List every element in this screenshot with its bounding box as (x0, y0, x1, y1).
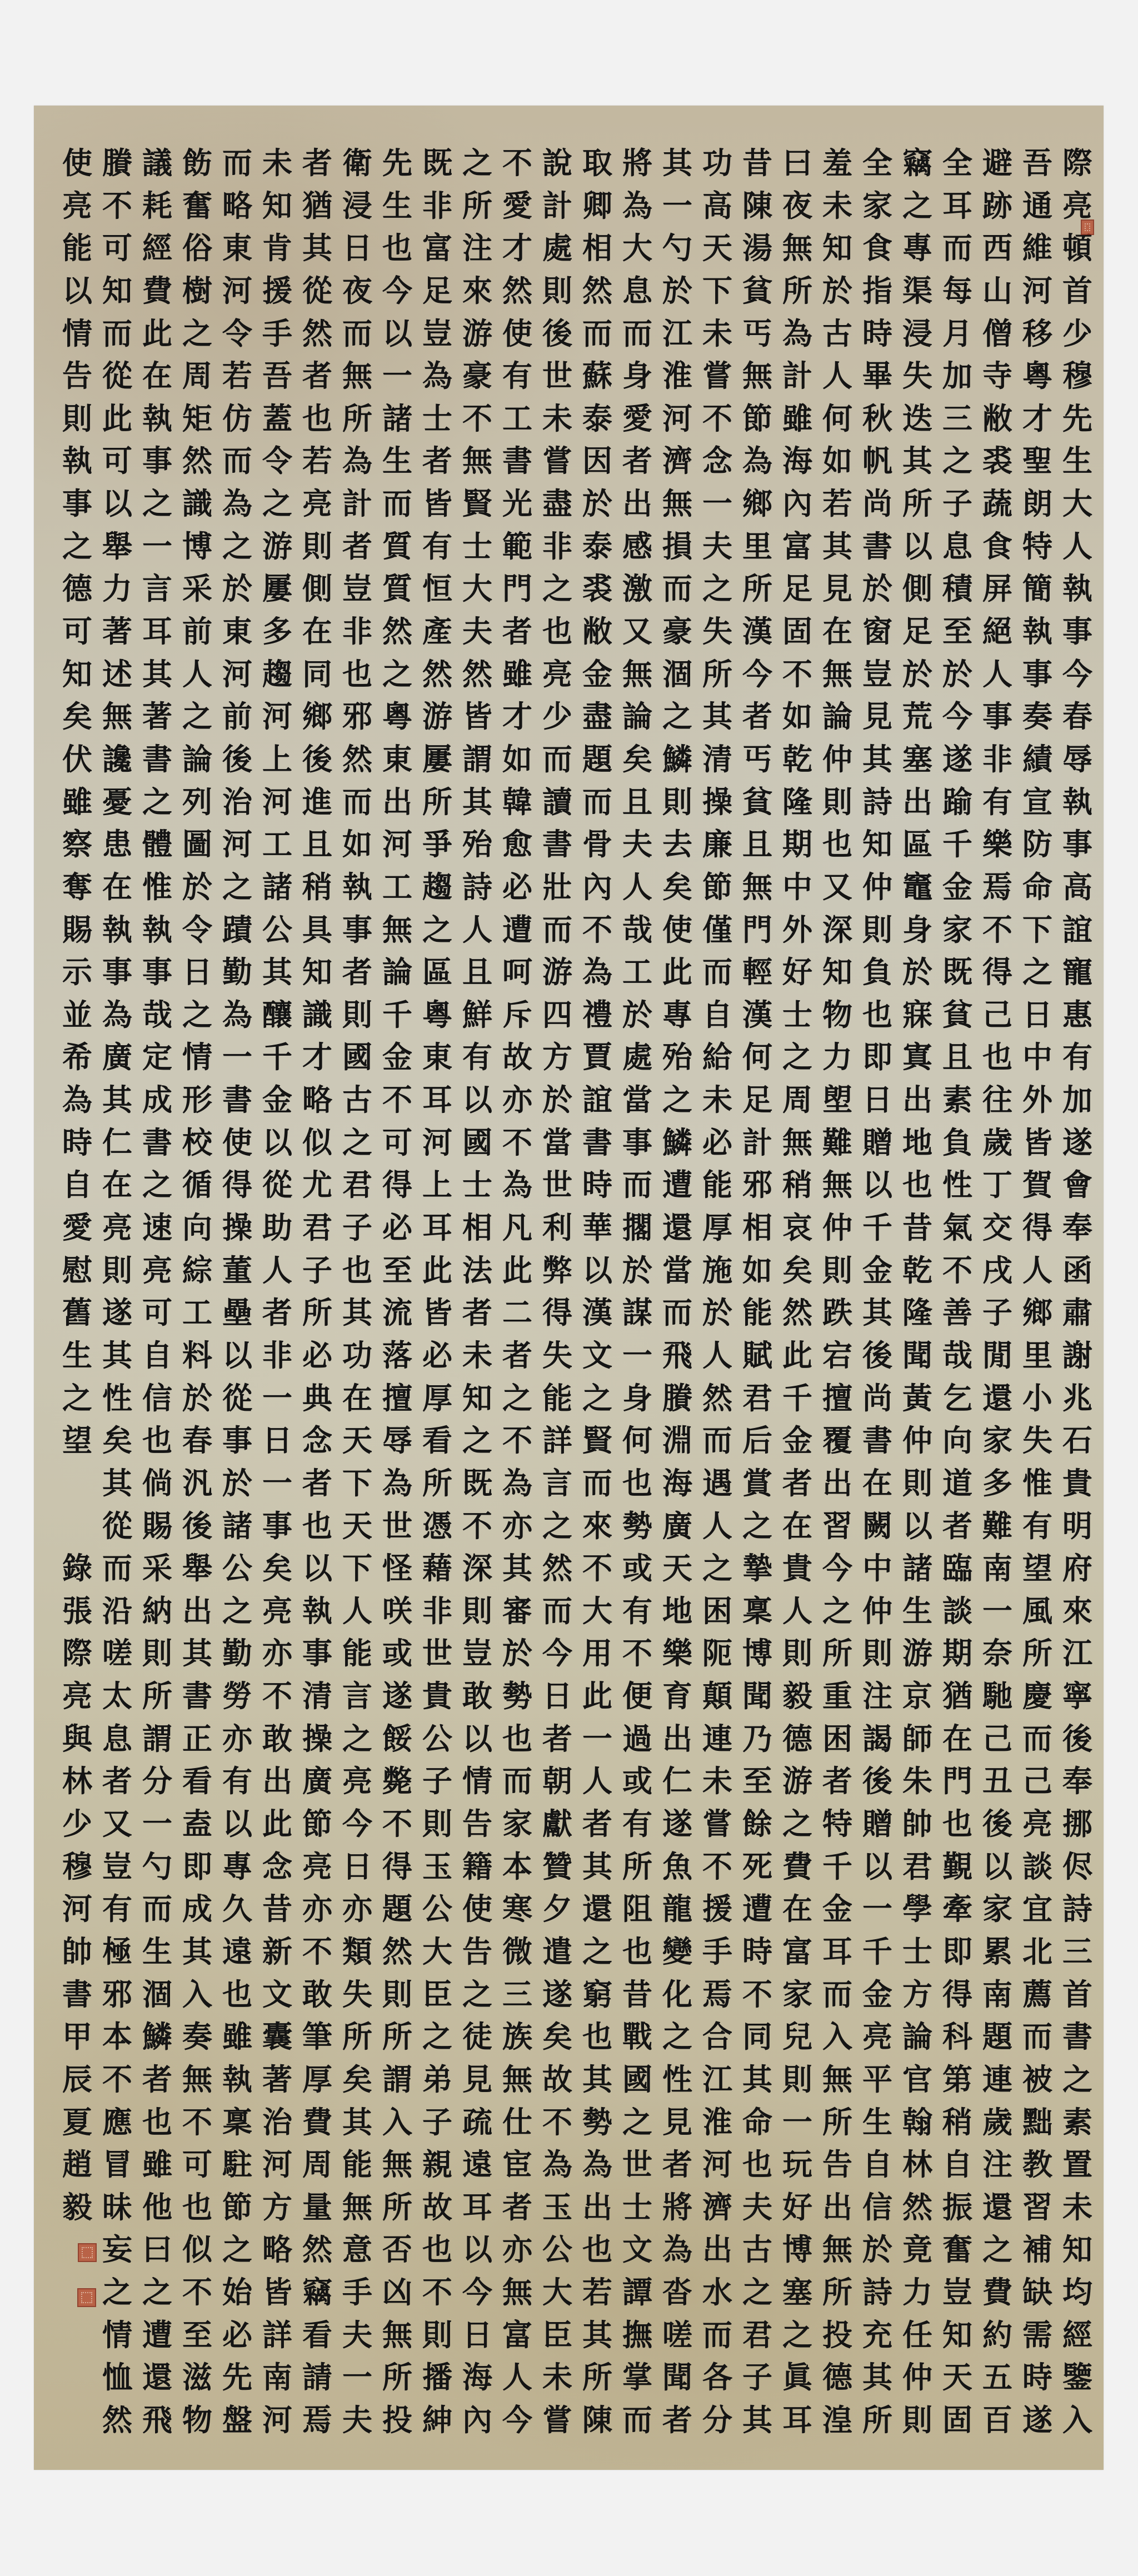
glyph: 亮 (257, 1591, 297, 1630)
glyph: 也 (937, 1804, 977, 1843)
glyph: 邪 (97, 1975, 137, 2014)
glyph: 事 (1057, 612, 1097, 651)
glyph: 化 (657, 1975, 697, 2014)
glyph: 力 (817, 1037, 857, 1076)
glyph: 詩 (457, 867, 497, 906)
glyph: 今 (1057, 655, 1097, 693)
glyph: 之 (697, 569, 737, 608)
glyph: 將 (657, 2188, 697, 2226)
glyph: 蔬 (977, 484, 1017, 523)
glyph: 既 (417, 143, 457, 182)
glyph: 諸 (897, 1549, 937, 1587)
glyph: 敢 (297, 1975, 337, 2014)
glyph: 性 (97, 1379, 137, 1417)
glyph: 習 (1017, 2188, 1057, 2226)
glyph: 第 (937, 2060, 977, 2099)
glyph: 門 (937, 1761, 977, 1800)
glyph: 激 (617, 569, 657, 608)
glyph: 亦 (297, 1889, 337, 1928)
glyph: 游 (777, 1761, 817, 1800)
glyph: 身 (897, 910, 937, 949)
glyph: 之 (537, 569, 577, 608)
glyph: 兆 (1057, 1379, 1097, 1417)
glyph: 貧 (937, 995, 977, 1034)
glyph: 下 (1017, 910, 1057, 949)
glyph: 至 (937, 612, 977, 651)
glyph: 餒 (377, 1719, 417, 1758)
glyph: 西 (977, 228, 1017, 267)
glyph: 漢 (737, 995, 777, 1034)
glyph: 宦 (497, 2145, 537, 2184)
glyph: 專 (897, 228, 937, 267)
glyph: 變 (657, 1932, 697, 1971)
glyph: 月 (937, 314, 977, 353)
glyph: 其 (577, 1847, 617, 1886)
glyph: 於 (617, 995, 657, 1034)
glyph: 世 (377, 1506, 417, 1545)
glyph: 成 (137, 1080, 177, 1119)
glyph: 約 (977, 2315, 1017, 2354)
glyph: 焉 (297, 2400, 337, 2439)
glyph: 浸 (337, 186, 377, 225)
glyph: 肯 (257, 228, 297, 267)
glyph: 無 (377, 910, 417, 949)
glyph: 國 (337, 1037, 377, 1076)
glyph: 非 (977, 740, 1017, 778)
upper-right-seal-icon (1081, 219, 1094, 235)
glyph: 所 (897, 484, 937, 523)
glyph: 之 (257, 484, 297, 523)
glyph: 執 (337, 867, 377, 906)
glyph: 不 (177, 2103, 217, 2141)
glyph: 大 (417, 1932, 457, 1971)
glyph: 全 (857, 143, 897, 182)
glyph: 諸 (257, 867, 297, 906)
glyph: 情 (177, 1037, 217, 1076)
glyph: 隆 (777, 782, 817, 821)
glyph: 者 (657, 2400, 697, 2439)
glyph: 固 (937, 2400, 977, 2439)
glyph: 否 (377, 2230, 417, 2269)
glyph: 未 (697, 1080, 737, 1119)
glyph: 矣 (57, 697, 97, 736)
glyph: 若 (217, 356, 257, 395)
glyph: 跡 (977, 186, 1017, 225)
glyph: 所 (137, 1676, 177, 1715)
glyph: 臣 (537, 2315, 577, 2354)
glyph: 而 (937, 228, 977, 267)
glyph: 性 (657, 2060, 697, 2099)
glyph: 聖 (1017, 441, 1057, 480)
glyph: 為 (377, 1464, 417, 1502)
glyph: 應 (97, 2103, 137, 2141)
glyph: 絕 (977, 612, 1017, 651)
glyph: 有 (497, 356, 537, 395)
signature-seal-2-icon (77, 2288, 96, 2307)
glyph: 獻 (537, 1804, 577, 1843)
glyph: 奈 (977, 1634, 1017, 1673)
glyph: 論 (897, 2017, 937, 2056)
glyph: 之 (217, 867, 257, 906)
text-row: 情遭至必詳看夫無則日富臣其撫嗟而君之投充任知約需經 (97, 2315, 1097, 2354)
glyph: 之 (137, 782, 177, 821)
glyph: 所 (577, 2358, 617, 2397)
glyph: 仲 (897, 1421, 937, 1460)
glyph: 必 (217, 2315, 257, 2354)
text-row: 與息謂正亦敢操之餒公以也者一過出連乃德困謁師在己而後 (57, 1719, 1097, 1758)
glyph: 習 (817, 1506, 857, 1545)
glyph: 於 (177, 1379, 217, 1417)
glyph: 為 (537, 2145, 577, 2184)
glyph: 能 (697, 1165, 737, 1204)
glyph: 慶 (1017, 1676, 1057, 1715)
glyph: 采 (177, 569, 217, 608)
glyph: 出 (897, 1080, 937, 1119)
glyph: 所 (817, 2103, 857, 2141)
glyph: 事 (617, 1123, 657, 1162)
glyph: 內 (577, 867, 617, 906)
glyph: 三 (937, 399, 977, 438)
glyph: 閒 (977, 1336, 1017, 1375)
glyph: 里 (1017, 1336, 1057, 1375)
glyph: 產 (417, 612, 457, 651)
glyph: 不 (697, 1847, 737, 1886)
glyph: 矣 (537, 2017, 577, 2056)
glyph: 無 (737, 867, 777, 906)
glyph: 後 (1057, 1719, 1097, 1758)
glyph: 子 (417, 1761, 457, 1800)
glyph: 經 (1057, 2315, 1097, 2354)
glyph: 失 (897, 356, 937, 395)
glyph: 凶 (377, 2273, 417, 2312)
text-row: 趙冒雖可駐河周能無親遠宦為為世者河也玩告自林自注教置 (57, 2145, 1097, 2184)
text-row: 生其自料以非必功落必未者失文一飛人賦此宕後聞哉閒里謝 (57, 1336, 1097, 1375)
glyph: 者 (537, 1719, 577, 1758)
glyph: 淮 (657, 356, 697, 395)
glyph: 太 (97, 1676, 137, 1715)
glyph: 賜 (137, 1506, 177, 1545)
text-row: 穆豈勺即專念亮日得玉籍本贊其所魚不死費千以君覲以談侭 (57, 1847, 1097, 1886)
text-row: 以知費樹河援從夜今足來然則然息於下貧所於指渠每山河首 (57, 271, 1097, 310)
glyph: 其 (577, 2315, 617, 2354)
glyph: 之 (977, 2230, 1017, 2269)
glyph: 今 (537, 1634, 577, 1673)
glyph: 穆 (57, 1847, 97, 1886)
glyph: 貧 (737, 271, 777, 310)
glyph: 論 (177, 740, 217, 778)
glyph: 時 (577, 1165, 617, 1204)
glyph: 亮 (857, 2017, 897, 2056)
glyph: 故 (417, 2188, 457, 2226)
glyph: 其 (697, 697, 737, 736)
glyph: 千 (817, 1847, 857, 1886)
glyph: 之 (737, 1506, 777, 1545)
glyph: 中 (1017, 1037, 1057, 1076)
glyph: 下 (337, 1464, 377, 1502)
glyph: 趨 (257, 655, 297, 693)
glyph: 趙 (57, 2145, 97, 2184)
glyph: 後 (857, 1761, 897, 1800)
glyph: 能 (537, 1379, 577, 1417)
glyph: 特 (817, 1804, 857, 1843)
glyph: 為 (57, 1080, 97, 1119)
glyph: 人 (817, 356, 857, 395)
glyph: 籍 (457, 1847, 497, 1886)
glyph: 今 (457, 2273, 497, 2312)
glyph: 足 (777, 569, 817, 608)
text-row: 告從在周若吾者無一為豪有世蘇身淮嘗無計人畢失加寺粵穆 (57, 356, 1097, 395)
glyph: 無 (337, 356, 377, 395)
glyph: 亮 (537, 655, 577, 693)
glyph: 闕 (857, 1506, 897, 1545)
glyph: 在 (937, 1719, 977, 1758)
glyph: 人 (1057, 527, 1097, 566)
glyph: 樂 (977, 825, 1017, 863)
glyph: 塞 (897, 740, 937, 778)
glyph: 處 (537, 228, 577, 267)
glyph: 以 (897, 1506, 937, 1545)
glyph: 而 (537, 910, 577, 949)
glyph: 累 (977, 1932, 1017, 1971)
glyph: 稍 (297, 867, 337, 906)
glyph: 振 (937, 2188, 977, 2226)
glyph: 生 (1057, 441, 1097, 480)
glyph: 譚 (617, 2273, 657, 2312)
glyph: 河 (257, 782, 297, 821)
glyph: 湟 (817, 2400, 857, 2439)
glyph: 游 (417, 697, 457, 736)
glyph: 於 (897, 655, 937, 693)
glyph: 侭 (1057, 1847, 1097, 1886)
glyph: 不 (257, 1676, 297, 1715)
glyph: 而 (497, 1761, 537, 1800)
glyph: 讀 (537, 782, 577, 821)
glyph: 則 (137, 1634, 177, 1673)
glyph: 錄 (57, 1549, 97, 1587)
glyph: 可 (97, 228, 137, 267)
glyph: 此 (657, 952, 697, 991)
glyph: 淵 (657, 1421, 697, 1460)
glyph: 豪 (657, 612, 697, 651)
glyph: 河 (697, 2145, 737, 2184)
glyph: 子 (937, 484, 977, 523)
glyph: 書 (1057, 2017, 1097, 2056)
glyph: 情 (57, 314, 97, 353)
glyph: 殆 (657, 1037, 697, 1076)
glyph: 汎 (177, 1464, 217, 1502)
glyph: 即 (857, 1037, 897, 1076)
glyph: 專 (217, 1847, 257, 1886)
glyph: 厚 (297, 2060, 337, 2099)
glyph: 寺 (977, 356, 1017, 395)
glyph: 東 (377, 740, 417, 778)
glyph: 勢 (497, 1676, 537, 1715)
text-row: 情而此之令手然而以豈游使後而而江未丐為古時浸月僧移少 (57, 314, 1097, 353)
glyph: 當 (657, 1251, 697, 1290)
glyph: 周 (777, 1080, 817, 1119)
glyph: 區 (897, 825, 937, 863)
glyph: 漢 (737, 612, 777, 651)
glyph: 樂 (657, 1634, 697, 1673)
glyph: 費 (977, 2273, 1017, 2312)
glyph: 首 (1057, 271, 1097, 310)
glyph: 金 (257, 1080, 297, 1119)
glyph: 耳 (777, 2400, 817, 2439)
glyph: 昧 (97, 2188, 137, 2226)
glyph: 生 (897, 1591, 937, 1630)
glyph: 處 (617, 1037, 657, 1076)
glyph: 所 (377, 2017, 417, 2056)
glyph: 蓋 (257, 399, 297, 438)
glyph: 人 (617, 867, 657, 906)
glyph: 古 (337, 1080, 377, 1119)
glyph: 鱗 (657, 740, 697, 778)
glyph: 以 (217, 1336, 257, 1375)
glyph: 積 (937, 569, 977, 608)
glyph: 人 (1017, 1251, 1057, 1290)
glyph: 也 (417, 2230, 457, 2269)
text-row: 希廣定情一千才國金東有故方賈處殆給何之力即寘且也中有 (57, 1037, 1097, 1076)
text-row: 為其成形書金略古不耳以亦於誼當之未足周塱日出素往外加 (57, 1080, 1097, 1119)
glyph: 勞 (217, 1676, 257, 1715)
glyph: 蘇 (577, 356, 617, 395)
glyph: 贊 (537, 1847, 577, 1886)
glyph: 遠 (457, 2145, 497, 2184)
glyph: 後 (857, 1336, 897, 1375)
glyph: 東 (217, 612, 257, 651)
glyph: 教 (1017, 2145, 1057, 2184)
glyph: 其 (737, 2060, 777, 2099)
glyph: 事 (257, 1506, 297, 1545)
glyph: 千 (857, 1208, 897, 1247)
glyph: 詳 (257, 2315, 297, 2354)
glyph: 擅 (377, 1379, 417, 1417)
glyph: 而 (97, 314, 137, 353)
glyph: 賢 (457, 484, 497, 523)
glyph: 則 (97, 1251, 137, 1290)
glyph: 困 (697, 1591, 737, 1630)
glyph: 憑 (417, 1506, 457, 1545)
glyph: 富 (417, 228, 457, 267)
glyph: 納 (137, 1591, 177, 1630)
glyph: 金 (377, 1037, 417, 1076)
glyph: 他 (137, 2188, 177, 2226)
glyph: 見 (817, 569, 857, 608)
glyph: 命 (1017, 867, 1057, 906)
glyph: 無 (817, 2230, 857, 2269)
glyph: 手 (337, 2273, 377, 2312)
glyph: 言 (337, 1676, 377, 1715)
glyph: 無 (617, 655, 657, 693)
glyph: 後 (177, 1506, 217, 1545)
glyph: 天 (937, 2358, 977, 2397)
glyph: 績 (1017, 740, 1057, 778)
glyph: 力 (97, 569, 137, 608)
glyph: 飛 (137, 2400, 177, 2439)
glyph: 此 (97, 399, 137, 438)
glyph: 厚 (697, 1208, 737, 1247)
glyph: 則 (337, 995, 377, 1034)
glyph: 鄉 (297, 697, 337, 736)
text-row: 帥極生其遠新不類然大告微遣之也變手時富耳千士即累北三 (57, 1932, 1097, 1971)
glyph: 有 (1057, 1037, 1097, 1076)
glyph: 少 (57, 1804, 97, 1843)
glyph: 具 (297, 910, 337, 949)
glyph: 貴 (417, 1676, 457, 1715)
glyph: 惟 (137, 867, 177, 906)
glyph: 豈 (97, 1847, 137, 1886)
glyph: 能 (337, 1634, 377, 1673)
text-row: 察患體圖河工且如河爭殆愈書骨夫去廉且期也知區千樂防事 (57, 825, 1097, 863)
glyph: 也 (977, 1037, 1017, 1076)
glyph: 多 (257, 612, 297, 651)
glyph: 則 (377, 1975, 417, 2014)
glyph: 同 (737, 2017, 777, 2056)
glyph: 塞 (777, 2273, 817, 2312)
glyph: 五 (977, 2358, 1017, 2397)
glyph: 贈 (857, 1804, 897, 1843)
glyph: 若 (817, 484, 857, 523)
glyph: 側 (897, 569, 937, 608)
glyph: 念 (697, 441, 737, 480)
glyph: 簡 (1017, 569, 1057, 608)
glyph: 生 (377, 441, 417, 480)
glyph: 信 (137, 1379, 177, 1417)
glyph: 遣 (537, 1932, 577, 1971)
glyph: 邪 (737, 1165, 777, 1204)
glyph: 於 (817, 271, 857, 310)
text-row: 其倘汎於一者下為所既為言而也海遇賞者出在則道多惟貴 (97, 1464, 1097, 1502)
glyph: 其 (817, 527, 857, 566)
glyph: 然 (97, 2400, 137, 2439)
glyph: 內 (777, 484, 817, 523)
glyph: 嘗 (537, 441, 577, 480)
glyph: 之 (577, 1379, 617, 1417)
glyph: 節 (297, 1804, 337, 1843)
glyph: 公 (217, 1549, 257, 1587)
glyph: 敝 (977, 399, 1017, 438)
glyph: 春 (177, 1421, 217, 1460)
glyph: 己 (977, 995, 1017, 1034)
glyph: 其 (257, 952, 297, 991)
glyph: 耳 (937, 186, 977, 225)
glyph: 際 (57, 1634, 97, 1673)
glyph: 遭 (657, 1165, 697, 1204)
glyph: 輕 (737, 952, 777, 991)
text-row: 從賜後諸事也天世憑不亦之來勢廣人之在習闕以者難有明 (97, 1506, 1097, 1545)
glyph: 則 (817, 1251, 857, 1290)
glyph: 也 (577, 2230, 617, 2269)
glyph: 嘗 (537, 2400, 577, 2439)
glyph: 二 (497, 1293, 537, 1332)
glyph: 議 (137, 143, 177, 182)
glyph: 而 (537, 740, 577, 778)
glyph: 辱 (1057, 740, 1097, 778)
glyph: 相 (457, 1208, 497, 1247)
text-row: 甲本鱗奏雖囊筆所所之徒族矣也戰之合同兒入亮論科題而書 (57, 2017, 1097, 2056)
glyph: 自 (937, 2145, 977, 2184)
glyph: 中 (857, 1549, 897, 1587)
glyph: 子 (297, 1251, 337, 1290)
glyph: 海 (657, 1464, 697, 1502)
glyph: 斥 (497, 995, 537, 1034)
glyph: 從 (297, 271, 337, 310)
glyph: 當 (537, 1123, 577, 1162)
glyph: 以 (457, 1719, 497, 1758)
glyph: 為 (337, 441, 377, 480)
glyph: 肅 (1057, 1293, 1097, 1332)
glyph: 至 (377, 1251, 417, 1290)
